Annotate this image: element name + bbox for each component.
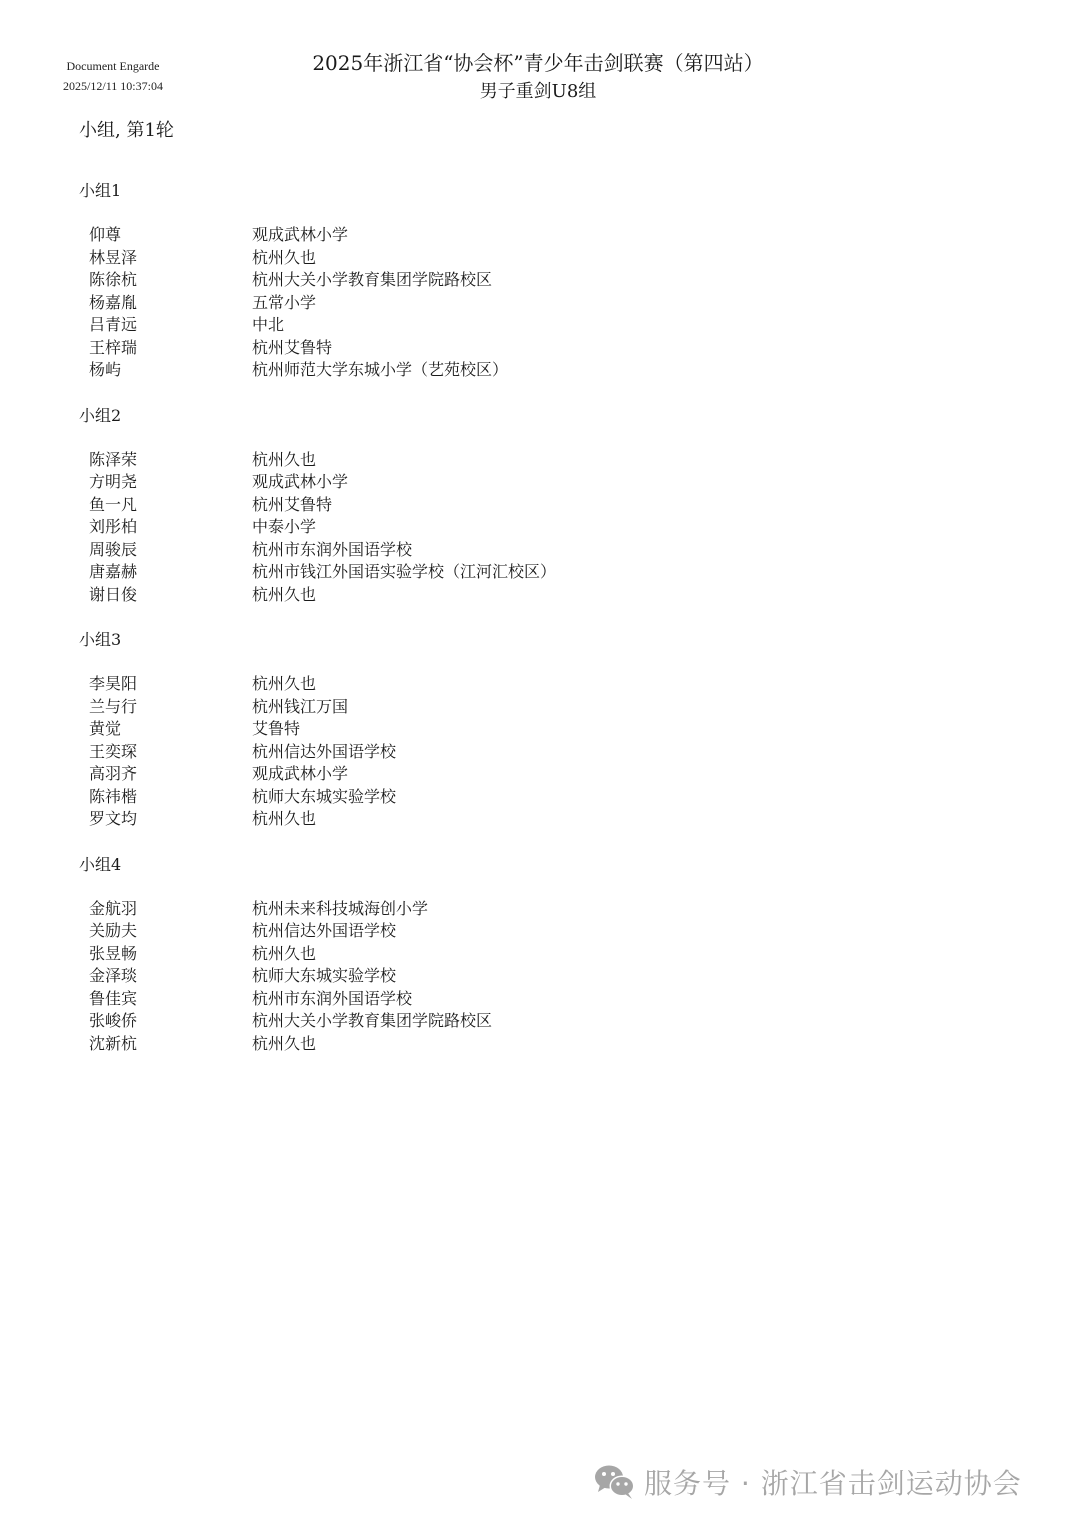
fencer-name: 吕青远 [0,314,252,337]
fencer-club: 杭州信达外国语学校 [252,741,1080,764]
fencer-row: 周骏辰杭州市东润外国语学校 [0,539,1080,562]
fencer-row: 杨嘉胤五常小学 [0,292,1080,315]
fencer-row: 沈新杭杭州久也 [0,1033,1080,1056]
pool-group-1: 小组1 仰尊观成武林小学 林昱泽杭州久也 陈徐杭杭州大关小学教育集团学院路校区 … [0,178,1080,403]
software-name: Document Engarde [40,56,186,76]
fencer-club: 杭州久也 [252,808,1080,831]
fencer-name: 王奕琛 [0,741,252,764]
fencer-name: 黄觉 [0,718,252,741]
fencer-club: 杭州久也 [252,1033,1080,1056]
fencer-name: 沈新杭 [0,1033,252,1056]
fencer-row: 鱼一凡杭州艾鲁特 [0,494,1080,517]
fencer-name: 金泽琰 [0,965,252,988]
fencer-name: 鱼一凡 [0,494,252,517]
fencer-row: 罗文均杭州久也 [0,808,1080,831]
fencer-club: 中泰小学 [252,516,1080,539]
fencer-name: 林昱泽 [0,247,252,270]
document-meta: Document Engarde 2025/12/11 10:37:04 [40,56,186,96]
print-timestamp: 2025/12/11 10:37:04 [40,76,186,96]
fencer-club: 杭州艾鲁特 [252,337,1080,360]
pool-group-3: 小组3 李昊阳杭州久也 兰与行杭州钱江万国 黄觉艾鲁特 王奕琛杭州信达外国语学校… [0,627,1080,852]
fencer-club: 杭州市东润外国语学校 [252,539,1080,562]
fencer-row: 鲁佳宾杭州市东润外国语学校 [0,988,1080,1011]
fencer-club: 杭州市钱江外国语实验学校（江河汇校区） [252,561,1080,584]
fencer-name: 刘彤柏 [0,516,252,539]
fencer-name: 张峻侨 [0,1010,252,1033]
fencer-row: 吕青远中北 [0,314,1080,337]
fencer-club: 杭州市东润外国语学校 [252,988,1080,1011]
fencer-club: 杭州久也 [252,449,1080,472]
fencer-name: 唐嘉赫 [0,561,252,584]
fencer-name: 陈祎楷 [0,786,252,809]
fencer-name: 仰尊 [0,224,252,247]
event-subtitle: 男子重剑U8组 [200,78,876,106]
fencer-name: 鲁佳宾 [0,988,252,1011]
fencer-name: 张昱畅 [0,943,252,966]
group-title: 小组2 [0,403,1080,429]
pool-group-2: 小组2 陈泽荣杭州久也 方明尧观成武林小学 鱼一凡杭州艾鲁特 刘彤柏中泰小学 周… [0,403,1080,628]
watermark-text: 服务号 · 浙江省击剑运动协会 [644,1462,1022,1502]
watermark: 服务号 · 浙江省击剑运动协会 [594,1462,1022,1502]
fencer-club: 杭州久也 [252,673,1080,696]
fencer-row: 关励夫杭州信达外国语学校 [0,920,1080,943]
wechat-icon [594,1464,636,1500]
title-block: 2025年浙江省“协会杯”青少年击剑联赛（第四站） 男子重剑U8组 [200,50,876,106]
fencer-club: 杭师大东城实验学校 [252,965,1080,988]
competition-title: 2025年浙江省“协会杯”青少年击剑联赛（第四站） [200,50,876,76]
fencer-row: 金泽琰杭师大东城实验学校 [0,965,1080,988]
fencer-club: 观成武林小学 [252,471,1080,494]
fencer-row: 张峻侨杭州大关小学教育集团学院路校区 [0,1010,1080,1033]
fencer-row: 刘彤柏中泰小学 [0,516,1080,539]
fencer-row: 杨屿杭州师范大学东城小学（艺苑校区） [0,359,1080,382]
fencer-name: 陈徐杭 [0,269,252,292]
fencer-name: 方明尧 [0,471,252,494]
fencer-row: 陈祎楷杭师大东城实验学校 [0,786,1080,809]
fencer-club: 杭州大关小学教育集团学院路校区 [252,1010,1080,1033]
fencer-club: 杭州久也 [252,584,1080,607]
fencer-name: 金航羽 [0,898,252,921]
fencer-club: 杭州信达外国语学校 [252,920,1080,943]
fencer-row: 高羽齐观成武林小学 [0,763,1080,786]
group-title: 小组3 [0,627,1080,653]
fencer-name: 罗文均 [0,808,252,831]
fencer-club: 杭州艾鲁特 [252,494,1080,517]
fencer-club: 杭州大关小学教育集团学院路校区 [252,269,1080,292]
fencer-row: 李昊阳杭州久也 [0,673,1080,696]
fencer-club: 艾鲁特 [252,718,1080,741]
fencer-row: 林昱泽杭州久也 [0,247,1080,270]
pool-group-4: 小组4 金航羽杭州未来科技城海创小学 关励夫杭州信达外国语学校 张昱畅杭州久也 … [0,852,1080,1056]
fencer-row: 方明尧观成武林小学 [0,471,1080,494]
fencer-club: 观成武林小学 [252,224,1080,247]
fencer-name: 兰与行 [0,696,252,719]
fencer-row: 王梓瑞杭州艾鲁特 [0,337,1080,360]
fencer-name: 李昊阳 [0,673,252,696]
round-label: 小组, 第1轮 [79,118,174,144]
fencer-row: 陈徐杭杭州大关小学教育集团学院路校区 [0,269,1080,292]
pool-groups: 小组1 仰尊观成武林小学 林昱泽杭州久也 陈徐杭杭州大关小学教育集团学院路校区 … [0,178,1080,1055]
fencer-name: 高羽齐 [0,763,252,786]
fencer-row: 唐嘉赫杭州市钱江外国语实验学校（江河汇校区） [0,561,1080,584]
fencer-name: 周骏辰 [0,539,252,562]
fencer-row: 黄觉艾鲁特 [0,718,1080,741]
fencer-club: 杭州师范大学东城小学（艺苑校区） [252,359,1080,382]
fencer-name: 关励夫 [0,920,252,943]
group-title: 小组4 [0,852,1080,878]
fencer-club: 杭州钱江万国 [252,696,1080,719]
fencer-row: 陈泽荣杭州久也 [0,449,1080,472]
fencer-name: 杨嘉胤 [0,292,252,315]
fencer-row: 兰与行杭州钱江万国 [0,696,1080,719]
fencer-club: 杭州未来科技城海创小学 [252,898,1080,921]
fencer-row: 张昱畅杭州久也 [0,943,1080,966]
fencer-name: 谢日俊 [0,584,252,607]
fencer-row: 金航羽杭州未来科技城海创小学 [0,898,1080,921]
fencer-club: 中北 [252,314,1080,337]
fencer-name: 杨屿 [0,359,252,382]
fencer-name: 王梓瑞 [0,337,252,360]
fencer-row: 王奕琛杭州信达外国语学校 [0,741,1080,764]
group-title: 小组1 [0,178,1080,204]
fencer-row: 谢日俊杭州久也 [0,584,1080,607]
fencer-name: 陈泽荣 [0,449,252,472]
fencer-row: 仰尊观成武林小学 [0,224,1080,247]
fencer-club: 观成武林小学 [252,763,1080,786]
fencer-club: 杭州久也 [252,943,1080,966]
fencer-club: 杭师大东城实验学校 [252,786,1080,809]
fencer-club: 杭州久也 [252,247,1080,270]
fencer-club: 五常小学 [252,292,1080,315]
